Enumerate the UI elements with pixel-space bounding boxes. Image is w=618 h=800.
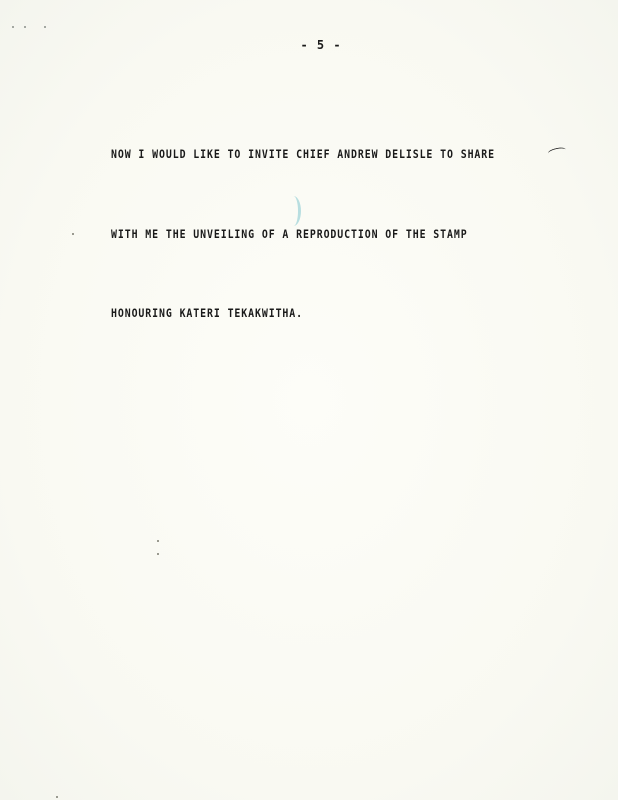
document-page: - 5 - NOW I WOULD LIKE TO INVITE CHIEF A… (0, 0, 618, 800)
pen-mark (547, 146, 566, 157)
scan-specks (10, 24, 50, 30)
speck (56, 796, 58, 798)
speck (157, 553, 159, 555)
page-number: - 5 - (0, 38, 618, 52)
paragraph-line-2: WITH ME THE UNVEILING OF A REPRODUCTION … (111, 221, 495, 248)
paragraph-line-3: HONOURING KATERI TEKAKWITHA. (111, 300, 495, 327)
speck (72, 233, 74, 235)
paragraph: NOW I WOULD LIKE TO INVITE CHIEF ANDREW … (111, 88, 495, 380)
speck (157, 540, 159, 542)
paragraph-line-1: NOW I WOULD LIKE TO INVITE CHIEF ANDREW … (111, 141, 495, 168)
blue-ink-mark (286, 196, 301, 226)
